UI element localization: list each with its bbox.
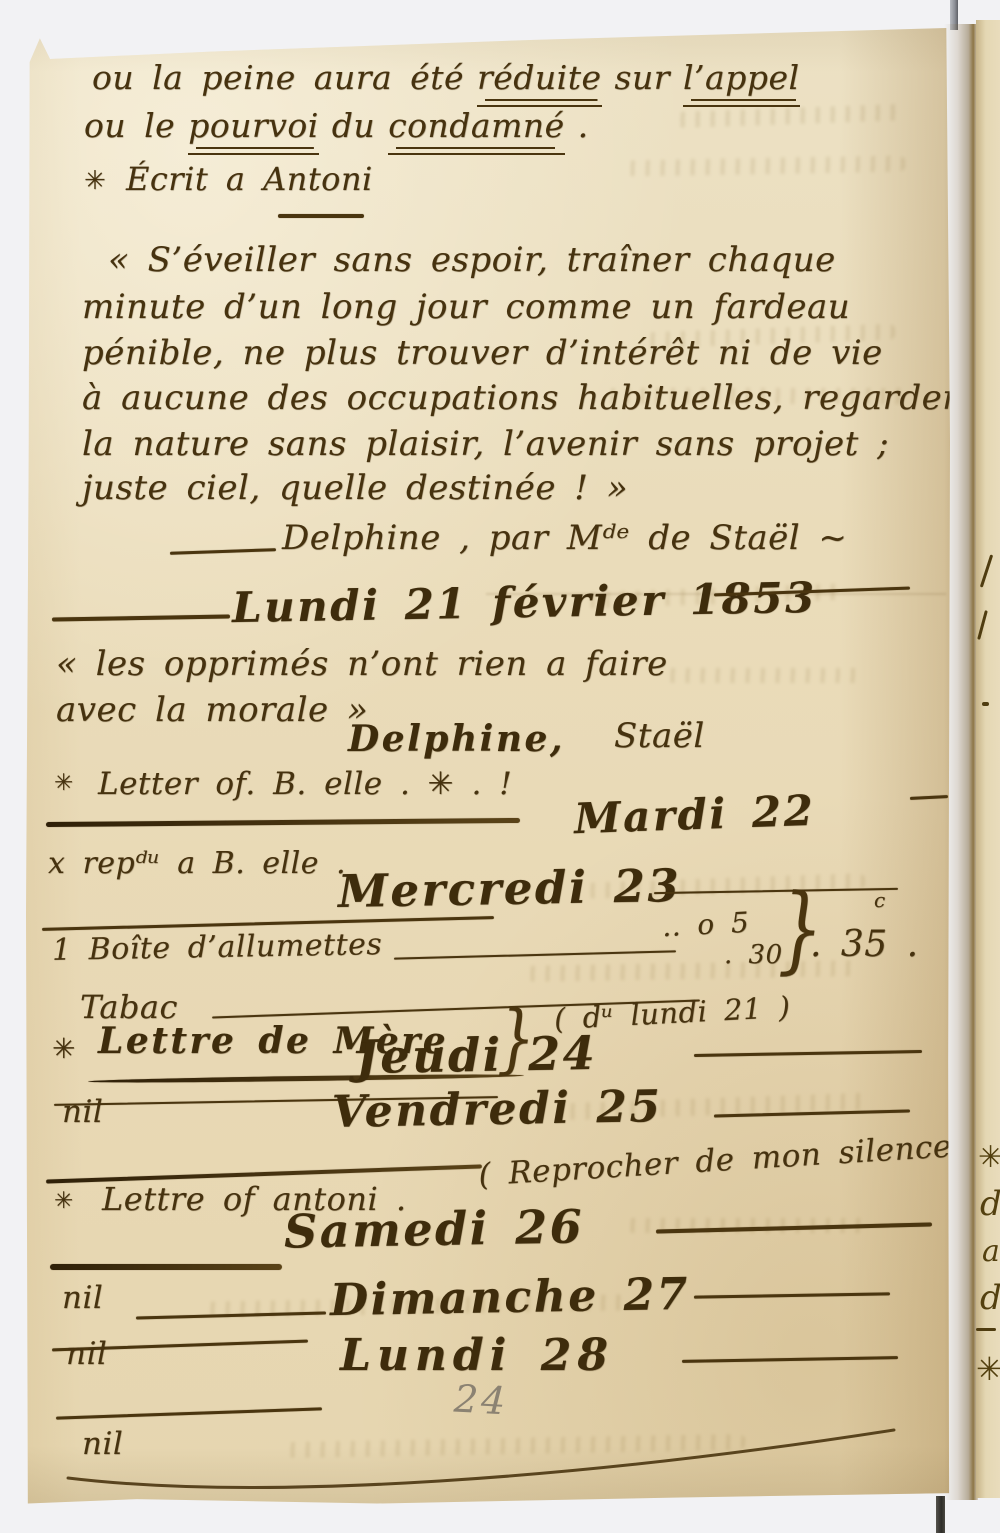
feb25-note: ( Reprocher de mon silence ) <box>477 1127 982 1194</box>
expense-amount-tabac: . 30 <box>724 940 783 970</box>
legal-note-2d-underlined: condamné <box>388 106 564 155</box>
facing-letter-fragment: d <box>980 1278 1000 1318</box>
stael-quote-attribution: Delphine , par Mᵈᵉ de Staël ~ <box>282 518 847 558</box>
ink-line <box>170 548 276 555</box>
bleedthrough-ghost <box>286 1434 746 1458</box>
stael-quote-line-3: pénible, ne plus trouver d’intérêt ni de… <box>82 333 883 373</box>
legal-note-line-1: ou la peine aura étéréduitesurl’appel <box>92 58 813 97</box>
oppressed-attr-title: Delphine, <box>348 718 565 760</box>
expense-amount-allumettes: .. o 5 <box>661 906 750 944</box>
asterisk-mark: ✳ <box>54 1188 74 1214</box>
ink-line <box>694 1050 922 1057</box>
ink-line <box>394 950 676 959</box>
ink-line <box>694 1292 890 1298</box>
oppressed-quote-line-2: avec la morale » <box>56 690 368 730</box>
legal-note-2c: du <box>332 106 375 145</box>
asterisk-mark: ✳ <box>54 770 74 796</box>
nil-entry-2: nil <box>62 1280 103 1316</box>
nil-entry-4: nil <box>82 1426 123 1462</box>
facing-letter-fragment: a <box>982 1234 1000 1269</box>
date-heading-feb23: Mercredi 23 <box>338 859 682 918</box>
ink-line <box>910 795 948 800</box>
facing-page-edge: ✳ d a d ✳ <box>976 20 1000 1498</box>
bleedthrough-ghost <box>676 104 906 128</box>
manuscript-page: ou la peine aura étéréduitesurl’appel ou… <box>26 28 950 1505</box>
expense-total-unit: c <box>874 888 886 912</box>
date-heading-feb27: Dimanche 27 <box>330 1269 691 1326</box>
facing-asterisk-fragment: ✳ <box>978 1140 1000 1175</box>
legal-note-2a: ou le <box>84 106 175 145</box>
date-heading-feb25: Vendredi 25 <box>332 1081 663 1138</box>
ink-fragment <box>976 1328 996 1331</box>
date-heading-feb28: Lundi 28 <box>340 1330 614 1381</box>
feb22-entry: x repᵈᵘ a B. elle . <box>48 846 346 881</box>
stael-quote-line-4: à aucune des occupations habituelles, re… <box>82 378 959 418</box>
oppressed-quote-line-1: « les opprimés n’ont rien a faire <box>56 644 668 684</box>
expense-item-allumettes: 1 Boîte d’allumettes <box>52 927 383 968</box>
legal-note-2-period: . <box>578 106 589 145</box>
ink-line <box>56 1407 322 1419</box>
manuscript-scan: ou la peine aura étéréduitesurl’appel ou… <box>0 0 1000 1533</box>
oppressed-attr-author: Staël <box>614 716 705 756</box>
stael-quote-line-5: la nature sans plaisir, l’avenir sans pr… <box>82 424 889 464</box>
ink-line <box>52 614 230 621</box>
book-gutter-fold <box>944 24 978 1500</box>
date-heading-feb22: Mardi 22 <box>573 786 816 843</box>
ink-line <box>278 214 364 218</box>
legal-note-1c: sur <box>615 58 670 97</box>
ink-fragment <box>982 702 989 706</box>
date-heading-feb21: Lundi 21 février 1853 <box>232 573 818 632</box>
antoni-note: Écrit a Antoni <box>126 160 373 198</box>
stael-quote-line-1: « S’éveiller sans espoir, traîner chaque <box>108 240 836 280</box>
facing-letter-fragment: d <box>980 1184 1000 1224</box>
legal-note-line-2: ou lepourvoiducondamné. <box>84 106 602 145</box>
pencil-page-number: 24 <box>453 1377 510 1424</box>
facing-asterisk-fragment: ✳ <box>976 1350 1000 1388</box>
legal-note-1d-underlined: l’appel <box>683 58 800 107</box>
asterisk-mark: ✳ <box>84 166 106 196</box>
date-heading-feb26: Samedi 26 <box>284 1199 585 1258</box>
ink-fragment <box>980 554 993 587</box>
ink-line <box>50 1264 282 1270</box>
bleedthrough-ghost <box>626 156 906 177</box>
date-heading-feb24: Jeudi 24 <box>356 1026 598 1084</box>
expense-total: . 35 . <box>810 924 919 965</box>
ink-line <box>46 818 520 827</box>
stael-quote-line-6: juste ciel, quelle destinée ! » <box>82 468 628 508</box>
ink-line <box>682 1356 898 1363</box>
legal-note-2b-underlined: pourvoi <box>188 106 319 155</box>
nil-entry-3: nil <box>66 1336 107 1372</box>
nil-entry-1: nil <box>62 1094 103 1130</box>
stael-quote-line-2: minute d’un long jour comme un fardeau <box>82 287 850 327</box>
asterisk-mark: ✳ <box>52 1032 76 1065</box>
bleedthrough-ghost <box>666 668 866 683</box>
legal-note-1a: ou la peine aura été <box>92 58 464 97</box>
legal-note-1b-underlined: réduite <box>477 58 602 107</box>
ink-fragment <box>977 610 988 640</box>
book-pin-bottom <box>936 1496 945 1533</box>
feb21-entry: Letter of. B. elle . ✳ . ! <box>98 766 512 802</box>
